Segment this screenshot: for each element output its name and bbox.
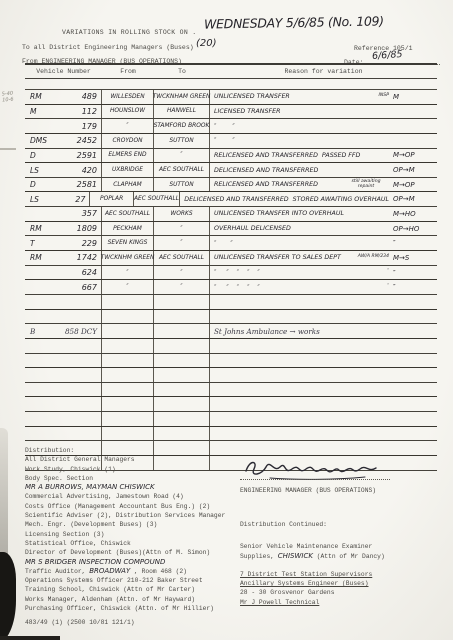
addressee-count-handwritten: (20) xyxy=(196,38,217,49)
reason-text: UNLICENSED TRANSFER INTO OVERHAUL xyxy=(214,210,344,217)
distribution-line: Distribution: xyxy=(25,446,245,455)
scan-smudge-artifact xyxy=(0,428,8,562)
reason-text: ″ ″ xyxy=(214,137,235,144)
distribution-line: Traffic Auditor, BROADWAY , Room 468 (2) xyxy=(25,567,245,576)
cell-reason xyxy=(210,412,437,426)
distribution-line: All District General Managers xyxy=(25,455,245,464)
table-row xyxy=(25,295,437,310)
reason-status: OP→M xyxy=(393,166,437,174)
reason-status: ″ xyxy=(393,239,437,247)
distribution-line: Licensing Section (3) xyxy=(25,530,245,539)
margin-mark xyxy=(0,148,16,150)
scanned-form-page: VARIATIONS IN ROLLING STOCK ON . WEDNESD… xyxy=(0,0,453,640)
reason-text: UNLICENSED TRANSFER xyxy=(214,93,290,100)
reason-status: M→S xyxy=(393,254,437,262)
cell-vehicle-prefix xyxy=(25,339,52,353)
table-row: 357 AEC SOUTHALL WORKS UNLICENSED TRANSF… xyxy=(25,207,437,222)
cell-from: HOUNSLOW xyxy=(102,105,154,119)
cell-vehicle-prefix: B xyxy=(25,324,52,338)
table-row: RM 1742 TWCKNHM GREEN AEC SOUTHALL UNLIC… xyxy=(25,251,437,266)
table-row: 667 ″ ″ ″ ″ ″ ″ ″ ″ ″ xyxy=(25,280,437,295)
cell-vehicle-number: 357 xyxy=(52,207,102,221)
cell-vehicle-number xyxy=(52,427,102,441)
typed-segment: Operations Systems Officer 210-212 Baker… xyxy=(25,577,203,584)
distribution-line: Director of Development (Buses)(Attn of … xyxy=(25,548,245,557)
table-row: RM 1809 PECKHAM ″ OVERHAUL DELICENSED OP… xyxy=(25,222,437,237)
cell-vehicle-prefix xyxy=(25,368,52,382)
cell-vehicle-prefix xyxy=(25,207,52,221)
table-row: RM 489 WILLESDEN TWCKNHAM GREEN UNLICENS… xyxy=(25,90,437,105)
reason-text: ″ ″ ″ ″ ″ xyxy=(214,269,260,276)
cell-to: AEC SOUTHALL xyxy=(134,192,181,206)
handwritten-segment: MR A BURROWS, MAYMAN CHISWICK xyxy=(25,483,155,491)
form-title-handwritten: WEDNESDAY 5/6/85 (No. 109) xyxy=(204,13,384,31)
typed-segment: Work Study, Chiswick (1) xyxy=(25,466,116,473)
cell-vehicle-number: 1742 xyxy=(52,251,102,265)
col-header-to: To xyxy=(154,65,210,78)
cell-vehicle-number xyxy=(52,412,102,426)
typed-segment: 28 - 30 Grosvenor Gardens xyxy=(240,589,334,596)
cell-vehicle-prefix: D xyxy=(25,149,52,163)
signature-dotted-line xyxy=(240,479,390,480)
cell-reason: UNLICENSED TRANSFER INSP M xyxy=(210,90,437,104)
col-header-vehicle-number: Vehicle Number xyxy=(25,65,102,78)
addressee-line: To all District Engineering Managers (Bu… xyxy=(22,44,194,51)
cell-vehicle-number xyxy=(52,383,102,397)
table-header-row: Vehicle Number From To Reason for variat… xyxy=(25,65,437,79)
typed-segment: 7 District Test Station Supervisors xyxy=(240,571,372,578)
typed-segment: Costs Office (Management Accountant Bus … xyxy=(25,503,210,510)
distribution-left: Distribution:All District General Manage… xyxy=(25,446,245,613)
reason-text: DELICENSED AND TRANSFERRED STORED AWAITI… xyxy=(184,196,389,203)
cell-vehicle-prefix xyxy=(25,427,52,441)
cell-reason: UNLICENSED TRANSFER INTO OVERHAUL M→HO xyxy=(210,207,437,221)
table-row: LS 420 UXBRIDGE AEC SOUTHALL DELICENSED … xyxy=(25,163,437,178)
table-rows: RM 489 WILLESDEN TWCKNHAM GREEN UNLICENS… xyxy=(25,90,437,471)
cell-vehicle-number xyxy=(52,310,102,324)
table-row: M 112 HOUNSLOW HANWELL LICENSED TRANSFER xyxy=(25,105,437,120)
reason-status: M→OP xyxy=(393,181,437,189)
typed-segment: Senior Vehicle Maintenance Examiner xyxy=(240,543,372,550)
form-print-code: 483/49 (1) (2500 10/81 121/1) xyxy=(25,619,135,626)
cell-vehicle-prefix: D xyxy=(25,178,52,192)
distribution-line: Distribution Continued: xyxy=(240,520,445,529)
typed-segment: Commercial Advertising, Jamestown Road (… xyxy=(25,493,184,500)
cell-vehicle-prefix xyxy=(25,397,52,411)
reason-text: RELICENSED AND TRANSFERRED PASSED FFD xyxy=(214,152,360,159)
reason-note: INSP xyxy=(379,94,393,99)
typed-segment: Distribution Continued: xyxy=(240,521,327,528)
distribution-line: Work Study, Chiswick (1) xyxy=(25,465,245,474)
cell-from xyxy=(102,354,154,368)
typed-segment: Body Spec. Section xyxy=(25,475,93,482)
reason-status: ″ xyxy=(393,283,437,291)
signature-and-distribution-right: ENGINEERING MANAGER (BUS OPERATIONS) Dis… xyxy=(240,455,445,607)
cell-reason xyxy=(210,383,437,397)
cell-reason xyxy=(210,397,437,411)
typed-segment: Scientific Adviser (2), Distribution Ser… xyxy=(25,512,225,519)
cell-reason xyxy=(210,339,437,353)
table-row xyxy=(25,310,437,325)
signature-block xyxy=(240,455,400,485)
distribution-line: 28 - 30 Grosvenor Gardens xyxy=(240,588,445,597)
cell-vehicle-prefix xyxy=(25,412,52,426)
form-title-typed: VARIATIONS IN ROLLING STOCK ON . xyxy=(62,29,196,36)
cell-from xyxy=(102,339,154,353)
typed-segment: Mr J Powell Technical xyxy=(240,599,319,606)
signature-caption: ENGINEERING MANAGER (BUS OPERATIONS) xyxy=(240,487,445,494)
reason-text: RELICENSED AND TRANSFERRED xyxy=(214,181,318,188)
cell-to: AEC SOUTHALL xyxy=(154,251,210,265)
cell-vehicle-number: 489 xyxy=(52,90,102,104)
cell-reason xyxy=(210,310,437,324)
distribution-line: Commercial Advertising, Jamestown Road (… xyxy=(25,492,245,501)
cell-to xyxy=(154,412,210,426)
cell-from xyxy=(102,324,154,338)
cell-vehicle-prefix xyxy=(25,266,52,280)
distribution-line: Works Manager, Aldenham (Attn. of Mr Hay… xyxy=(25,595,245,604)
typed-segment: (Attn of Mr Dancy) xyxy=(313,553,385,560)
cell-reason: ″ ″ xyxy=(210,119,437,133)
typed-segment: Statistical Office, Chiswick xyxy=(25,540,131,547)
table-row: 624 ″ ″ ″ ″ ″ ″ ″ ″ ″ xyxy=(25,266,437,281)
table-row xyxy=(25,368,437,383)
cell-vehicle-prefix: T xyxy=(25,236,52,250)
cell-from: POPLAR xyxy=(90,192,133,206)
cell-to xyxy=(154,339,210,353)
cell-vehicle-prefix: RM xyxy=(25,251,52,265)
reason-text: DELICENSED AND TRANSFERRED xyxy=(214,167,318,174)
distribution-line: Mech. Engr. (Development Buses) (3) xyxy=(25,520,245,529)
cell-from: PECKHAM xyxy=(102,222,154,236)
cell-to: ″ xyxy=(154,236,210,250)
distribution-right: Distribution Continued:Senior Vehicle Ma… xyxy=(240,520,445,607)
cell-vehicle-prefix: RM xyxy=(25,222,52,236)
cell-to: TWCKNHAM GREEN xyxy=(154,90,210,104)
variations-table: Vehicle Number From To Reason for variat… xyxy=(25,63,437,471)
cell-reason: RELICENSED AND TRANSFERRED PASSED FFD M→… xyxy=(210,149,437,163)
typed-segment: Mech. Engr. (Development Buses) (3) xyxy=(25,521,157,528)
cell-from: AEC SOUTHALL xyxy=(102,207,154,221)
cell-to: ″ xyxy=(154,222,210,236)
reason-text: UNLICENSED TRANSFER TO SALES DEPT xyxy=(214,254,341,261)
cell-reason: ″ ″ ″ ″ ″ ″ ″ xyxy=(210,280,437,294)
cell-vehicle-number: 229 xyxy=(52,236,102,250)
cell-from: CROYDON xyxy=(102,134,154,148)
distribution-line: Operations Systems Officer 210-212 Baker… xyxy=(25,576,245,585)
cell-vehicle-prefix xyxy=(25,295,52,309)
distribution-line: Purchasing Officer, Chiswick (Attn. of M… xyxy=(25,604,245,613)
cell-to xyxy=(154,324,210,338)
cell-vehicle-number: 858 DCY xyxy=(52,324,102,338)
cell-vehicle-prefix xyxy=(25,354,52,368)
typed-segment: Supplies, xyxy=(240,553,278,560)
distribution-line: Supplies, CHISWICK (Attn of Mr Dancy) xyxy=(240,552,445,561)
cell-from: CLAPHAM xyxy=(102,178,154,192)
reason-text: ″ ″ xyxy=(214,240,233,247)
typed-segment: Works Manager, Aldenham (Attn. of Mr Hay… xyxy=(25,596,195,603)
typed-segment: Purchasing Officer, Chiswick (Attn. of M… xyxy=(25,605,214,612)
cell-from xyxy=(102,368,154,382)
cell-to xyxy=(154,368,210,382)
cell-reason xyxy=(210,295,437,309)
reason-note: still awaiting repaint xyxy=(343,180,393,190)
distribution-line: 7 District Test Station Supervisors xyxy=(240,570,445,579)
cell-to: STAMFORD BROOK xyxy=(154,119,210,133)
table-row: 179 ″ STAMFORD BROOK ″ ″ xyxy=(25,119,437,134)
cell-vehicle-number: 27 xyxy=(48,192,90,206)
cell-from xyxy=(102,412,154,426)
table-row: B 858 DCY St Johns Ambulance → works xyxy=(25,324,437,339)
cell-vehicle-number: 420 xyxy=(52,163,102,177)
margin-pencil-note: 5-40 10-6 xyxy=(1,91,13,104)
cell-reason: OVERHAUL DELICENSED OP→HO xyxy=(210,222,437,236)
cell-vehicle-number: 1809 xyxy=(52,222,102,236)
cell-to: SUTTON xyxy=(154,178,210,192)
cell-from: TWCKNHM GREEN xyxy=(102,251,154,265)
table-header-underline xyxy=(25,79,437,90)
cell-from xyxy=(102,397,154,411)
cell-vehicle-number: 112 xyxy=(52,105,102,119)
reason-text: LICENSED TRANSFER xyxy=(214,108,281,115)
cell-to: ″ xyxy=(154,280,210,294)
reason-status: OP→HO xyxy=(393,225,437,233)
cell-to: ″ xyxy=(154,149,210,163)
date-value-handwritten: 6/6/85 xyxy=(372,49,403,62)
cell-to: AEC SOUTHALL xyxy=(154,163,210,177)
cell-vehicle-number xyxy=(52,397,102,411)
distribution-line: Mr J Powell Technical xyxy=(240,598,445,607)
table-row: DMS 2452 CROYDON SUTTON ″ ″ xyxy=(25,134,437,149)
typed-segment: Distribution: xyxy=(25,447,74,454)
distribution-line: Scientific Adviser (2), Distribution Ser… xyxy=(25,511,245,520)
table-row: LS 27 POPLAR AEC SOUTHALL DELICENSED AND… xyxy=(25,192,437,207)
reason-status: ″ xyxy=(393,269,437,277)
table-row xyxy=(25,397,437,412)
reason-text: ″ ″ xyxy=(214,123,235,130)
cell-vehicle-number: 624 xyxy=(52,266,102,280)
typed-segment: Licensing Section (3) xyxy=(25,531,104,538)
distribution-line: Training School, Chiswick (Attn of Mr Ca… xyxy=(25,585,245,594)
cell-vehicle-number xyxy=(52,354,102,368)
distribution-line: MR A BURROWS, MAYMAN CHISWICK xyxy=(25,483,245,492)
distribution-line: Costs Office (Management Accountant Bus … xyxy=(25,502,245,511)
cell-to xyxy=(154,354,210,368)
cell-vehicle-prefix: LS xyxy=(25,163,52,177)
table-row xyxy=(25,339,437,354)
cell-to xyxy=(154,427,210,441)
cell-to: HANWELL xyxy=(154,105,210,119)
cell-vehicle-number xyxy=(52,339,102,353)
cell-vehicle-number: 2591 xyxy=(52,149,102,163)
typed-segment: All District General Managers xyxy=(25,456,135,463)
cell-vehicle-prefix xyxy=(25,280,52,294)
cell-vehicle-number: 2452 xyxy=(52,134,102,148)
cell-to xyxy=(154,310,210,324)
reason-status: M→HO xyxy=(393,210,437,218)
cell-from: SEVEN KINGS xyxy=(102,236,154,250)
cell-reason: DELICENSED AND TRANSFERRED STORED AWAITI… xyxy=(180,192,437,206)
reason-text: St Johns Ambulance → works xyxy=(214,327,320,336)
cell-to: ″ xyxy=(154,266,210,280)
typed-segment: , Room 468 (2) xyxy=(130,568,187,575)
cell-from xyxy=(102,295,154,309)
cell-to xyxy=(154,383,210,397)
cell-from: UXBRIDGE xyxy=(102,163,154,177)
cell-reason: ″ ″ ″ ″ ″ ″ ″ xyxy=(210,266,437,280)
cell-from xyxy=(102,383,154,397)
reason-note: AW/A RM/234 xyxy=(358,255,393,260)
cell-vehicle-number xyxy=(52,368,102,382)
table-row xyxy=(25,383,437,398)
distribution-line: Senior Vehicle Maintenance Examiner xyxy=(240,542,445,551)
cell-reason: ″ ″ ″ xyxy=(210,236,437,250)
typed-segment: Traffic Auditor, xyxy=(25,568,89,575)
cell-vehicle-prefix: M xyxy=(25,105,52,119)
cell-from: ″ xyxy=(102,119,154,133)
cell-from: ″ xyxy=(102,266,154,280)
cell-vehicle-prefix: RM xyxy=(25,90,52,104)
cell-vehicle-prefix xyxy=(25,310,52,324)
cell-reason: ″ ″ xyxy=(210,134,437,148)
cell-to xyxy=(154,397,210,411)
table-row xyxy=(25,427,437,442)
cell-vehicle-prefix xyxy=(25,119,52,133)
cell-from xyxy=(102,427,154,441)
typed-segment: Ancillary Systems Engineer (Buses) xyxy=(240,580,368,587)
cell-from: ″ xyxy=(102,280,154,294)
table-row: D 2591 ELMERS END ″ RELICENSED AND TRANS… xyxy=(25,149,437,164)
cell-reason: LICENSED TRANSFER xyxy=(210,105,437,119)
cell-vehicle-prefix: DMS xyxy=(25,134,52,148)
handwritten-segment: CHISWICK xyxy=(278,552,313,560)
cell-from: WILLESDEN xyxy=(102,90,154,104)
table-row: T 229 SEVEN KINGS ″ ″ ″ ″ xyxy=(25,236,437,251)
reason-text: OVERHAUL DELICENSED xyxy=(214,225,291,232)
cell-to: WORKS xyxy=(154,207,210,221)
table-row: D 2581 CLAPHAM SUTTON RELICENSED AND TRA… xyxy=(25,178,437,193)
col-header-from: From xyxy=(102,65,154,78)
cell-vehicle-number: 2581 xyxy=(52,178,102,192)
cell-reason: St Johns Ambulance → works xyxy=(210,324,437,338)
cell-from: ELMERS END xyxy=(102,149,154,163)
reason-status: M→OP xyxy=(393,151,437,159)
reason-status: M xyxy=(393,93,437,101)
cell-vehicle-prefix: LS xyxy=(25,192,48,206)
table-row xyxy=(25,412,437,427)
handwritten-segment: MR S BRIDGER INSPECTION COMPOUND xyxy=(25,558,165,566)
cell-vehicle-prefix xyxy=(25,383,52,397)
scan-edge-artifact xyxy=(0,636,60,640)
cell-reason: UNLICENSED TRANSFER TO SALES DEPT AW/A R… xyxy=(210,251,437,265)
typed-segment: Training School, Chiswick (Attn of Mr Ca… xyxy=(25,586,195,593)
typed-segment: Director of Development (Buses)(Attn of … xyxy=(25,549,210,556)
distribution-line: MR S BRIDGER INSPECTION COMPOUND xyxy=(25,558,245,567)
distribution-line: Ancillary Systems Engineer (Buses) xyxy=(240,579,445,588)
cell-reason xyxy=(210,354,437,368)
cell-reason: DELICENSED AND TRANSFERRED OP→M xyxy=(210,163,437,177)
distribution-line: Body Spec. Section xyxy=(25,474,245,483)
handwritten-segment: BROADWAY xyxy=(89,567,130,575)
col-header-reason: Reason for variation xyxy=(210,65,437,78)
cell-reason: RELICENSED AND TRANSFERRED still awaitin… xyxy=(210,178,437,192)
cell-vehicle-number: 667 xyxy=(52,280,102,294)
distribution-line: Statistical Office, Chiswick xyxy=(25,539,245,548)
cell-vehicle-number: 179 xyxy=(52,119,102,133)
cell-reason xyxy=(210,368,437,382)
reason-text: ″ ″ ″ ″ ″ xyxy=(214,284,260,291)
cell-vehicle-number xyxy=(52,295,102,309)
scan-dark-blob-artifact xyxy=(0,552,16,640)
cell-to: SUTTON xyxy=(154,134,210,148)
cell-to xyxy=(154,295,210,309)
signature-scribble xyxy=(240,455,390,481)
cell-from xyxy=(102,310,154,324)
cell-reason xyxy=(210,427,437,441)
reason-status: OP→M xyxy=(393,195,437,203)
table-row xyxy=(25,354,437,369)
